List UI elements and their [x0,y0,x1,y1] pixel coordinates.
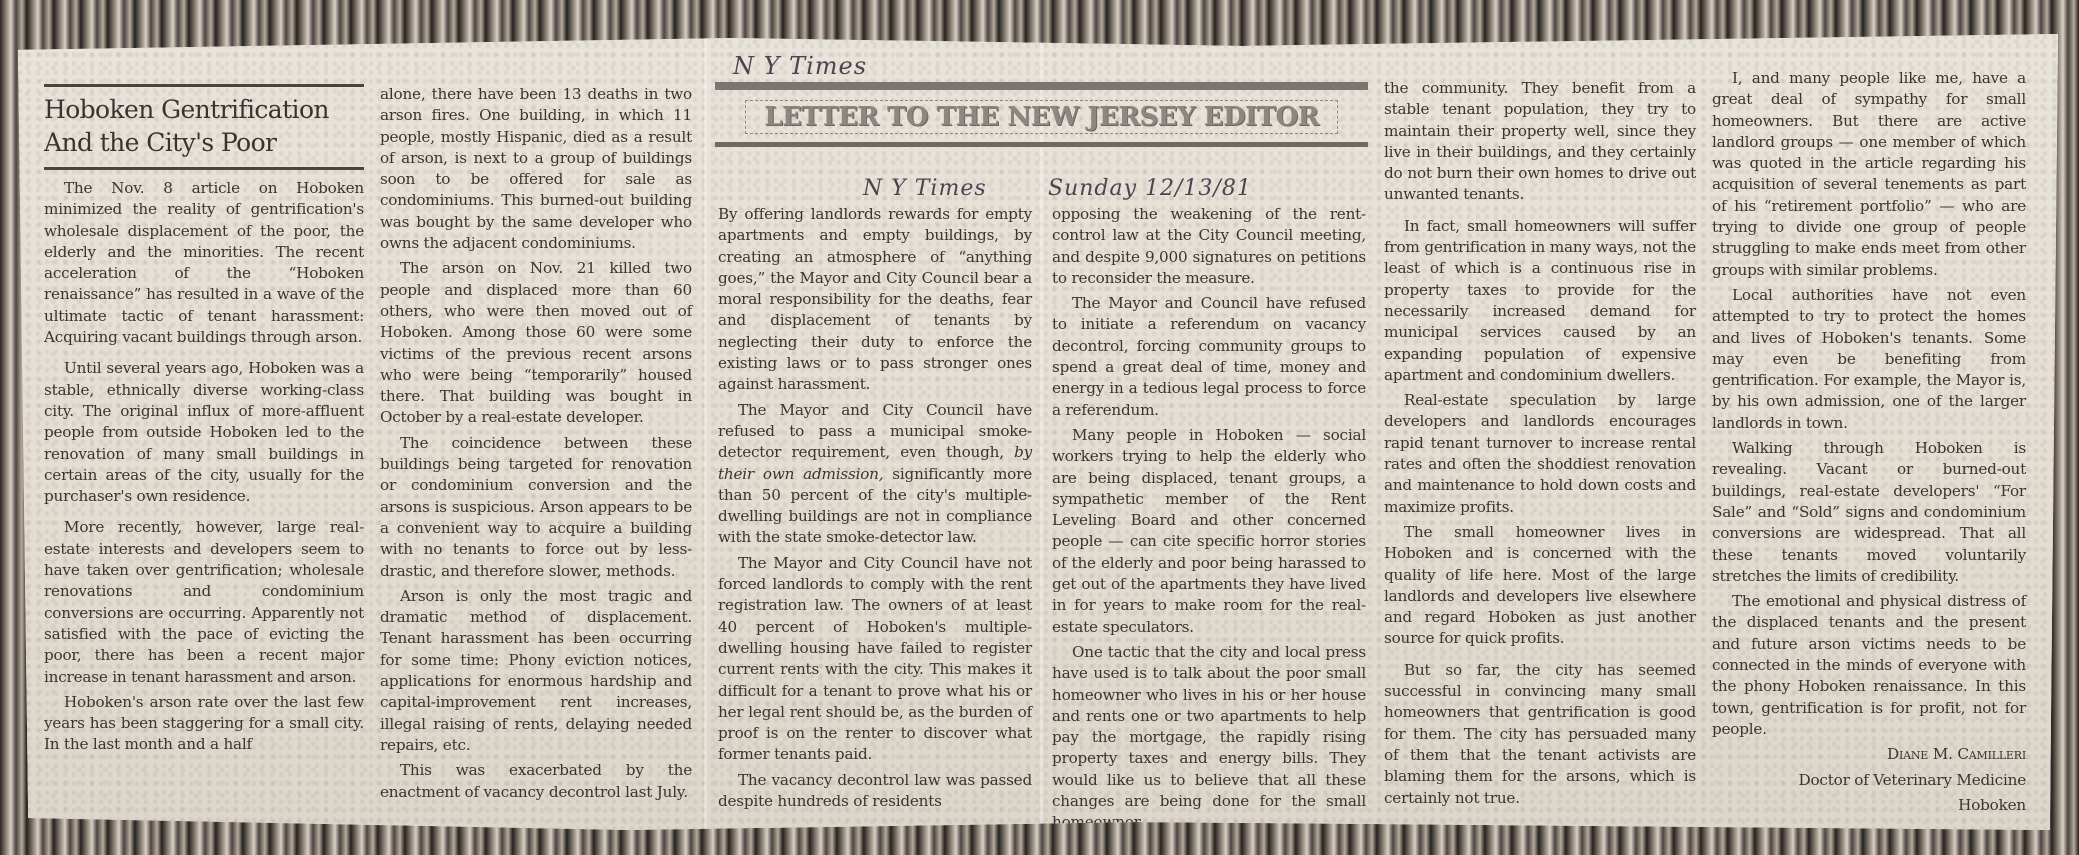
section-banner: Letter to the New Jersey Editor [715,82,1368,147]
paragraph: In fact, small homeowners will suffer fr… [1384,216,1696,386]
fold-crease [704,34,707,830]
paragraph: Small homeowners have a stake in [1052,838,1366,855]
signature-location: Hoboken [1712,795,2026,816]
headline-top-rule [44,84,364,87]
paragraph: Walking through Hoboken is revealing. Va… [1712,438,2026,587]
handwritten-byline-source: N Y Times [863,176,987,201]
paragraph: The Nov. 8 article on Hoboken minimized … [44,178,364,348]
paragraph: The Mayor and Council have refused to in… [1052,293,1366,421]
signature-name: Diane M. Camilleri [1712,744,2026,765]
article-column-5: the community. They benefit from a stabl… [1384,78,1696,813]
headline-line-2: And the City's Poor [44,126,364,159]
handwritten-note-source: N Y Times [733,52,867,80]
paragraph: The coincidence between these buildings … [380,433,692,582]
banner-title: Letter to the New Jersey Editor [764,102,1319,132]
paragraph: The Mayor and City Council have refused … [718,400,1032,549]
paragraph: By offering landlords rewards for empty … [718,204,1032,396]
paragraph-text: The Mayor and City Council have refused … [718,401,1032,462]
article-column-2: alone, there have been 13 deaths in two … [380,84,692,807]
handwritten-byline-date: Sunday 12/13/81 [1048,176,1252,201]
paragraph: I, and many people like me, have a great… [1712,68,2026,281]
newspaper-clipping: N Y Times N Y Times Sunday 12/13/81 Lett… [18,34,2058,830]
paragraph: The small homeowner lives in Hoboken and… [1384,522,1696,650]
paragraph: Many people in Hoboken — social workers … [1052,425,1366,638]
paragraph: The vacancy decontrol law was passed des… [718,770,1032,813]
fold-crease [1040,34,1043,830]
paragraph: This was exacerbated by the enactment of… [380,760,692,803]
paragraph: The Mayor and City Council have not forc… [718,553,1032,766]
paragraph: opposing the weakening of the rent-contr… [1052,204,1366,289]
paragraph: Until several years ago, Hoboken was a s… [44,358,364,507]
article-column-4: opposing the weakening of the rent-contr… [1052,204,1366,855]
paragraph: Hoboken's arson rate over the last few y… [44,692,364,756]
banner-top-rule [715,82,1368,90]
paragraph: Arson is only the most tragic and dramat… [380,586,692,756]
paragraph: alone, there have been 13 deaths in two … [380,84,692,254]
paragraph: The arson on Nov. 21 killed two people a… [380,258,692,428]
headline: Hoboken Gentrification And the City's Po… [44,93,364,159]
headline-bottom-rule [44,167,364,170]
article-column-6: I, and many people like me, have a great… [1712,68,2026,820]
article-column-1: Hoboken Gentrification And the City's Po… [44,84,364,760]
paragraph: More recently, however, large real-estat… [44,517,364,687]
headline-line-1: Hoboken Gentrification [44,93,364,126]
paragraph: the community. They benefit from a stabl… [1384,78,1696,206]
paragraph: Real-estate speculation by large develop… [1384,390,1696,518]
paragraph: But so far, the city has seemed successf… [1384,660,1696,809]
paragraph: Local authorities have not even attempte… [1712,285,2026,434]
banner-bottom-rule [715,142,1368,147]
paragraph: One tactic that the city and local press… [1052,642,1366,834]
banner-box: Letter to the New Jersey Editor [745,100,1338,134]
signature-title: Doctor of Veterinary Medicine [1712,770,2026,791]
paragraph: The emotional and physical distress of t… [1712,591,2026,740]
article-column-3: By offering landlords rewards for empty … [718,204,1032,816]
